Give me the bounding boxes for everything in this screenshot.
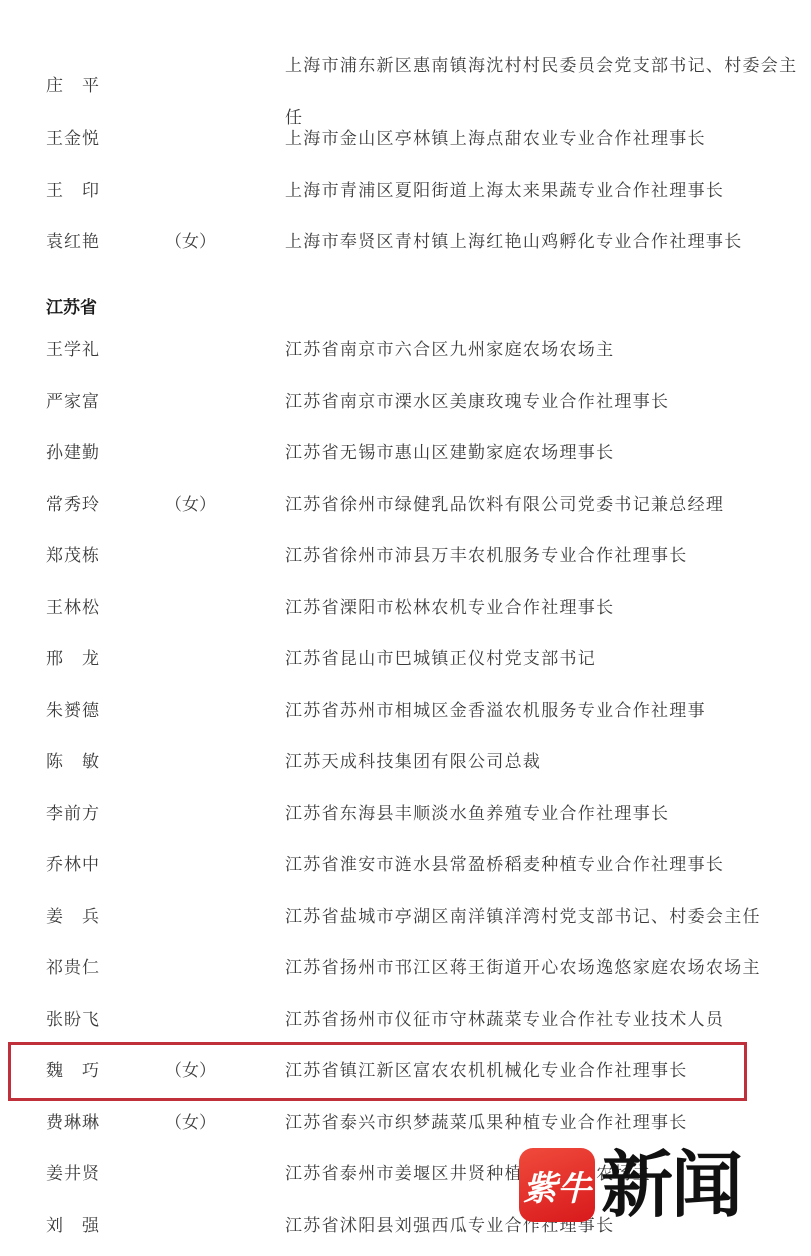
person-name: 孙建勤 (46, 433, 100, 473)
person-title: 上海市金山区亭林镇上海点甜农业专业合作社理事长 (285, 119, 706, 159)
list-item: 祁贵仁 江苏省扬州市邗江区蒋王街道开心农场逸悠家庭农场农场主 (0, 948, 811, 988)
person-name: 王学礼 (46, 330, 100, 370)
list-item: 王 印 上海市青浦区夏阳街道上海太来果蔬专业合作社理事长 (0, 171, 811, 211)
list-item: 袁红艳 （女） 上海市奉贤区青村镇上海红艳山鸡孵化专业合作社理事长 (0, 222, 811, 262)
person-name: 郑茂栋 (46, 536, 100, 576)
list-item: 陈 敏 江苏天成科技集团有限公司总裁 (0, 742, 811, 782)
section-heading-jiangsu: 江苏省 (46, 293, 97, 318)
person-name: 魏 巧 (46, 1051, 100, 1091)
female-marker: （女） (165, 485, 216, 525)
person-title: 江苏省昆山市巴城镇正仪村党支部书记 (285, 639, 596, 679)
list-item: 费琳琳 （女） 江苏省泰兴市织梦蔬菜瓜果种植专业合作社理事长 (0, 1103, 811, 1143)
list-item-highlighted: 魏 巧 （女） 江苏省镇江新区富农农机机械化专业合作社理事长 (0, 1051, 811, 1091)
person-title: 江苏省淮安市涟水县常盈桥稻麦种植专业合作社理事长 (285, 845, 724, 885)
person-title: 上海市奉贤区青村镇上海红艳山鸡孵化专业合作社理事长 (285, 222, 743, 262)
watermark: 紫牛 新闻 (519, 1145, 741, 1225)
person-name: 姜井贤 (46, 1154, 100, 1194)
person-title: 江苏省盐城市亭湖区南洋镇洋湾村党支部书记、村委会主任 (285, 897, 761, 937)
person-title: 江苏省东海县丰顺淡水鱼养殖专业合作社理事长 (285, 794, 669, 834)
person-title: 江苏省溧阳市松林农机专业合作社理事长 (285, 588, 614, 628)
person-title: 江苏省徐州市绿健乳品饮料有限公司党委书记兼总经理 (285, 485, 724, 525)
list-item: 邢 龙 江苏省昆山市巴城镇正仪村党支部书记 (0, 639, 811, 679)
person-name: 庄 平 (46, 66, 100, 106)
person-title: 江苏省南京市溧水区美康玫瑰专业合作社理事长 (285, 382, 669, 422)
list-item: 张盼飞 江苏省扬州市仪征市守林蔬菜专业合作社专业技术人员 (0, 1000, 811, 1040)
person-title: 江苏省苏州市相城区金香溢农机服务专业合作社理事 (285, 691, 706, 731)
person-name: 严家富 (46, 382, 100, 422)
ziniu-logo-icon: 紫牛 (519, 1148, 595, 1222)
list-item: 庄 平 上海市浦东新区惠南镇海沈村村民委员会党支部书记、村委会主任 (0, 46, 811, 126)
document-page: 庄 平 上海市浦东新区惠南镇海沈村村民委员会党支部书记、村委会主任 王金悦 上海… (0, 0, 811, 1256)
person-title: 江苏省徐州市沛县万丰农机服务专业合作社理事长 (285, 536, 688, 576)
list-item: 朱赟德 江苏省苏州市相城区金香溢农机服务专业合作社理事 (0, 691, 811, 731)
person-name: 王金悦 (46, 119, 100, 159)
person-name: 常秀玲 (46, 485, 100, 525)
list-item: 李前方 江苏省东海县丰顺淡水鱼养殖专业合作社理事长 (0, 794, 811, 834)
list-item: 王林松 江苏省溧阳市松林农机专业合作社理事长 (0, 588, 811, 628)
person-name: 刘 强 (46, 1206, 100, 1246)
person-name: 王林松 (46, 588, 100, 628)
person-title: 江苏天成科技集团有限公司总裁 (285, 742, 541, 782)
list-item: 常秀玲 （女） 江苏省徐州市绿健乳品饮料有限公司党委书记兼总经理 (0, 485, 811, 525)
person-name: 邢 龙 (46, 639, 100, 679)
person-title: 江苏省扬州市仪征市守林蔬菜专业合作社专业技术人员 (285, 1000, 724, 1040)
person-title: 江苏省扬州市邗江区蒋王街道开心农场逸悠家庭农场农场主 (285, 948, 761, 988)
person-name: 袁红艳 (46, 222, 100, 262)
list-item: 王金悦 上海市金山区亭林镇上海点甜农业专业合作社理事长 (0, 119, 811, 159)
person-name: 祁贵仁 (46, 948, 100, 988)
person-title: 江苏省南京市六合区九州家庭农场农场主 (285, 330, 614, 370)
person-name: 李前方 (46, 794, 100, 834)
person-name: 姜 兵 (46, 897, 100, 937)
female-marker: （女） (165, 1103, 216, 1143)
person-name: 费琳琳 (46, 1103, 100, 1143)
female-marker: （女） (165, 1051, 216, 1091)
person-name: 王 印 (46, 171, 100, 211)
list-item: 严家富 江苏省南京市溧水区美康玫瑰专业合作社理事长 (0, 382, 811, 422)
person-title: 江苏省泰兴市织梦蔬菜瓜果种植专业合作社理事长 (285, 1103, 688, 1143)
brand-text: 新闻 (601, 1145, 741, 1225)
list-item: 郑茂栋 江苏省徐州市沛县万丰农机服务专业合作社理事长 (0, 536, 811, 576)
person-name: 张盼飞 (46, 1000, 100, 1040)
person-name: 陈 敏 (46, 742, 100, 782)
person-title: 江苏省镇江新区富农农机机械化专业合作社理事长 (285, 1051, 688, 1091)
list-item: 乔林中 江苏省淮安市涟水县常盈桥稻麦种植专业合作社理事长 (0, 845, 811, 885)
list-item: 孙建勤 江苏省无锡市惠山区建勤家庭农场理事长 (0, 433, 811, 473)
list-item: 王学礼 江苏省南京市六合区九州家庭农场农场主 (0, 330, 811, 370)
person-name: 朱赟德 (46, 691, 100, 731)
female-marker: （女） (165, 222, 216, 262)
person-name: 乔林中 (46, 845, 100, 885)
person-title: 上海市青浦区夏阳街道上海太来果蔬专业合作社理事长 (285, 171, 724, 211)
list-item: 姜 兵 江苏省盐城市亭湖区南洋镇洋湾村党支部书记、村委会主任 (0, 897, 811, 937)
person-title: 江苏省无锡市惠山区建勤家庭农场理事长 (285, 433, 614, 473)
